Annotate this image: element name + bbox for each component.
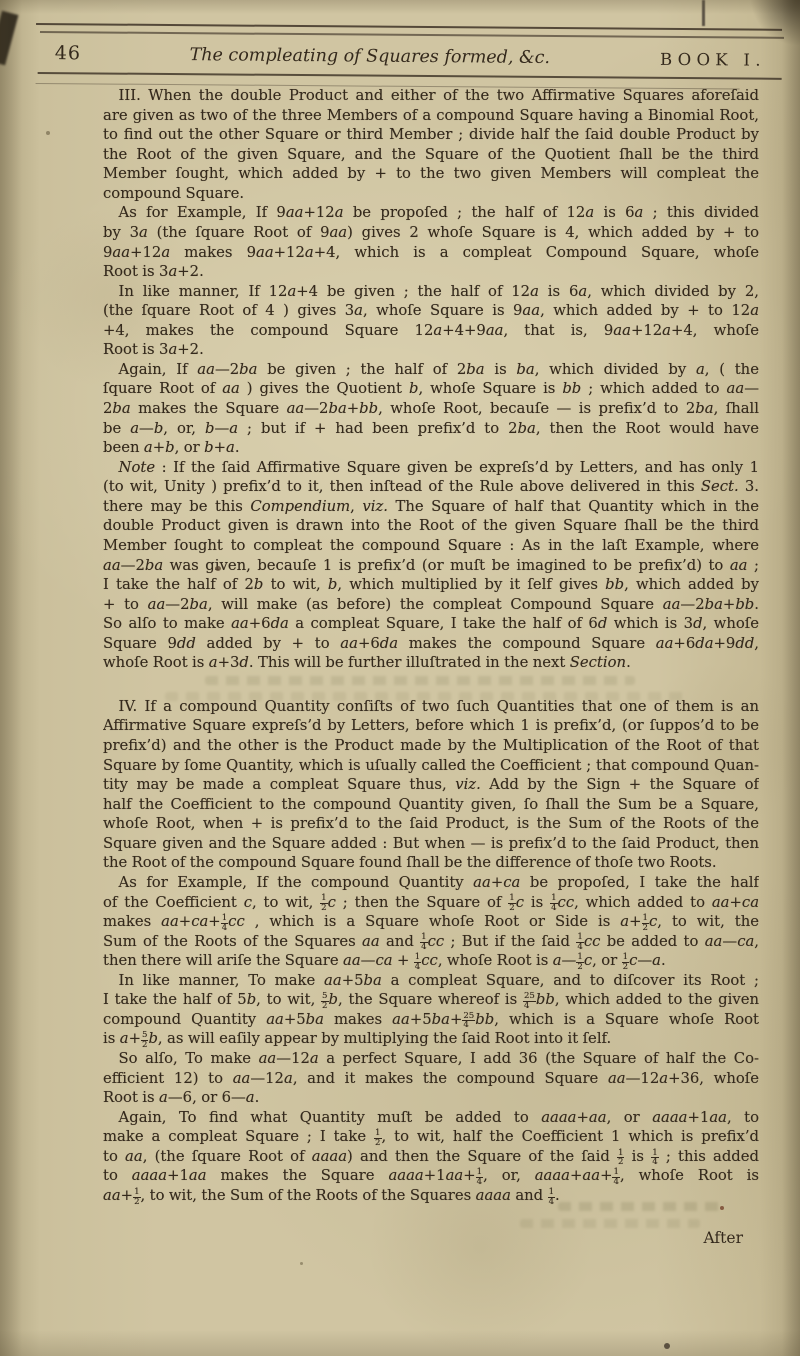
text-line: whoſe Root is a+3d. This will be further… — [103, 653, 759, 673]
running-title: The compleating of Squares formed, &c. — [170, 45, 570, 68]
text-line: then there will ariſe the Square aa—ca +… — [103, 951, 759, 971]
bleedthrough-ghost-line — [165, 692, 685, 701]
text-line: + to aa—2ba, will make (as before) the c… — [103, 595, 759, 615]
text-line: are given as two of the three Members of… — [103, 106, 759, 126]
bleedthrough-ghost-line — [205, 676, 635, 685]
text-line: Square given and the Square added : But … — [103, 834, 759, 854]
paragraph: Again, To find what Quantity muſt be add… — [103, 1108, 759, 1206]
text-line: be a—b, or, b—a ; but if + had been pref… — [103, 419, 759, 439]
text-line: makes aa+ca+14cc , which is a Square who… — [103, 912, 759, 932]
text-line: compound Quantity aa+5ba makes aa+5ba+25… — [103, 1010, 759, 1030]
text-line: In like manner, To make aa+5ba a complea… — [103, 971, 759, 991]
text-line: As for Example, If the compound Quantity… — [103, 873, 759, 893]
paragraph: As for Example, If 9aa+12a be propoſed ;… — [103, 203, 759, 281]
ink-speck — [664, 1343, 670, 1349]
text-line: is a+52b, as will eaſily appear by multi… — [103, 1029, 759, 1049]
text-line: Root is a—6, or 6—a. — [103, 1088, 759, 1108]
text-line: Member ſought, which added by + to the t… — [103, 164, 759, 184]
text-line: compound Square. — [103, 184, 759, 204]
text-line: Again, To find what Quantity muſt be add… — [103, 1108, 759, 1128]
text-line: III. When the double Product and either … — [103, 86, 759, 106]
text-line: make a compleat Square ; I take 12, to w… — [103, 1127, 759, 1147]
text-line: Square by ſome Quantity, which is uſuall… — [103, 756, 759, 776]
text-line: to find out the other Square or third Me… — [103, 125, 759, 145]
paragraph: As for Example, If the compound Quantity… — [103, 873, 759, 971]
scan-edge-mark — [702, 0, 705, 26]
paragraph: III. When the double Product and either … — [103, 86, 759, 203]
text-line: Member ſought to compleat the compound S… — [103, 536, 759, 556]
text-line: Root is 3a+2. — [103, 340, 759, 360]
header-rule-top-2 — [40, 31, 784, 38]
bleedthrough-ghost-line — [520, 1219, 700, 1228]
catchword: After — [704, 1229, 743, 1247]
ink-speck — [46, 131, 50, 135]
text-line: Square 9dd added by + to aa+6da makes th… — [103, 634, 759, 654]
text-line: of the Coefficient c, to wit, 12c ; then… — [103, 893, 759, 913]
page-number: 46 — [55, 42, 81, 64]
body-text: III. When the double Product and either … — [103, 86, 759, 1206]
paragraph: So alſo, To make aa—12a a perfect Square… — [103, 1049, 759, 1108]
paragraph: Note : If the ſaid Affirmative Square gi… — [103, 458, 759, 673]
text-line: Root is 3a+2. — [103, 262, 759, 282]
text-line: the Root of the compound Square found ſh… — [103, 853, 759, 873]
text-line: (to wit, Unity ) prefix’d to it, then in… — [103, 477, 759, 497]
text-line: Affirmative Square expreſs’d by Letters,… — [103, 716, 759, 736]
text-line: 2ba makes the Square aa—2ba+bb, whoſe Ro… — [103, 399, 759, 419]
text-line: I take the half of 5b, to wit, 52b, the … — [103, 990, 759, 1010]
text-line: Note : If the ſaid Affirmative Square gi… — [103, 458, 759, 478]
bleedthrough-ghost-line — [558, 1202, 723, 1211]
text-line: by 3a (the ſquare Root of 9aa) gives 2 w… — [103, 223, 759, 243]
text-line: tity may be made a compleat Square thus,… — [103, 775, 759, 795]
paragraph: In like manner, To make aa+5ba a complea… — [103, 971, 759, 1049]
book-page: 46 The compleating of Squares formed, &c… — [0, 0, 800, 1356]
text-line: prefix’d) and the other is the Product m… — [103, 736, 759, 756]
text-line: Again, If aa—2ba be given ; the half of … — [103, 360, 759, 380]
text-line: Sum of the Roots of the Squares aa and 1… — [103, 932, 759, 952]
scan-corner-smudge — [750, 0, 800, 54]
text-line: to aa, (the ſquare Root of aaaa) and the… — [103, 1147, 759, 1167]
text-line: been a+b, or b+a. — [103, 438, 759, 458]
text-line: to aaaa+1aa makes the Square aaaa+1aa+14… — [103, 1166, 759, 1186]
paragraph: Again, If aa—2ba be given ; the half of … — [103, 360, 759, 458]
text-line: So alſo to make aa+6da a compleat Square… — [103, 614, 759, 634]
text-line: I take the half of 2b to wit, b, which m… — [103, 575, 759, 595]
text-line: As for Example, If 9aa+12a be propoſed ;… — [103, 203, 759, 223]
ink-speck — [215, 566, 221, 571]
text-line: 9aa+12a makes 9aa+12a+4, which is a comp… — [103, 243, 759, 263]
text-line: efficient 12) to aa—12a, and it makes th… — [103, 1069, 759, 1089]
ink-speck — [300, 1262, 303, 1265]
text-line: ſquare Root of aa ) gives the Quotient b… — [103, 379, 759, 399]
paragraph: IV. If a compound Quantity conſiſts of t… — [103, 697, 759, 873]
ink-speck — [720, 1206, 724, 1210]
text-line: whoſe Root, when + is prefix’d to the ſa… — [103, 814, 759, 834]
header-rule-top-1 — [36, 23, 782, 31]
text-line: half the Coefficient to the compound Qua… — [103, 795, 759, 815]
text-line: aa—2ba was given, becauſe 1 is prefix’d … — [103, 556, 759, 576]
text-line: +4, makes the compound Square 12a+4+9aa,… — [103, 321, 759, 341]
text-line: So alſo, To make aa—12a a perfect Square… — [103, 1049, 759, 1069]
text-line: double Product given is drawn into the R… — [103, 516, 759, 536]
text-line: there may be this Compendium, viz. The S… — [103, 497, 759, 517]
paragraph: In like manner, If 12a+4 be given ; the … — [103, 282, 759, 360]
text-line: (the ſquare Root of 4 ) gives 3a, whoſe … — [103, 301, 759, 321]
text-line: the Root of the given Square, and the Sq… — [103, 145, 759, 165]
text-line: In like manner, If 12a+4 be given ; the … — [103, 282, 759, 302]
header-rule-bottom-1 — [38, 72, 782, 80]
